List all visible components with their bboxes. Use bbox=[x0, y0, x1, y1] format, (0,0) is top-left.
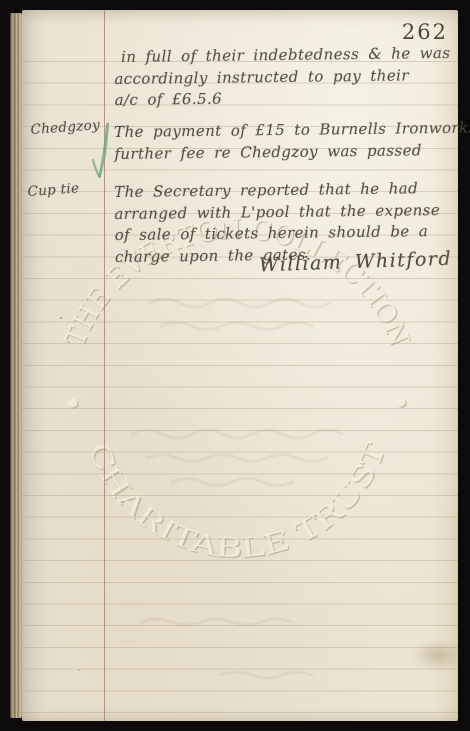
ink-speck bbox=[60, 317, 62, 319]
book-page-edges bbox=[10, 13, 22, 718]
page-edge-yellowing bbox=[428, 10, 458, 721]
ledger-page: THE EVERTON COLLECTION CHARITABLE TRUST … bbox=[22, 10, 458, 721]
ink-speck bbox=[78, 669, 80, 671]
green-check-mark-icon bbox=[22, 10, 458, 721]
scanned-minute-book-photo: { "scan": { "page_number": "262", "water… bbox=[0, 0, 470, 731]
